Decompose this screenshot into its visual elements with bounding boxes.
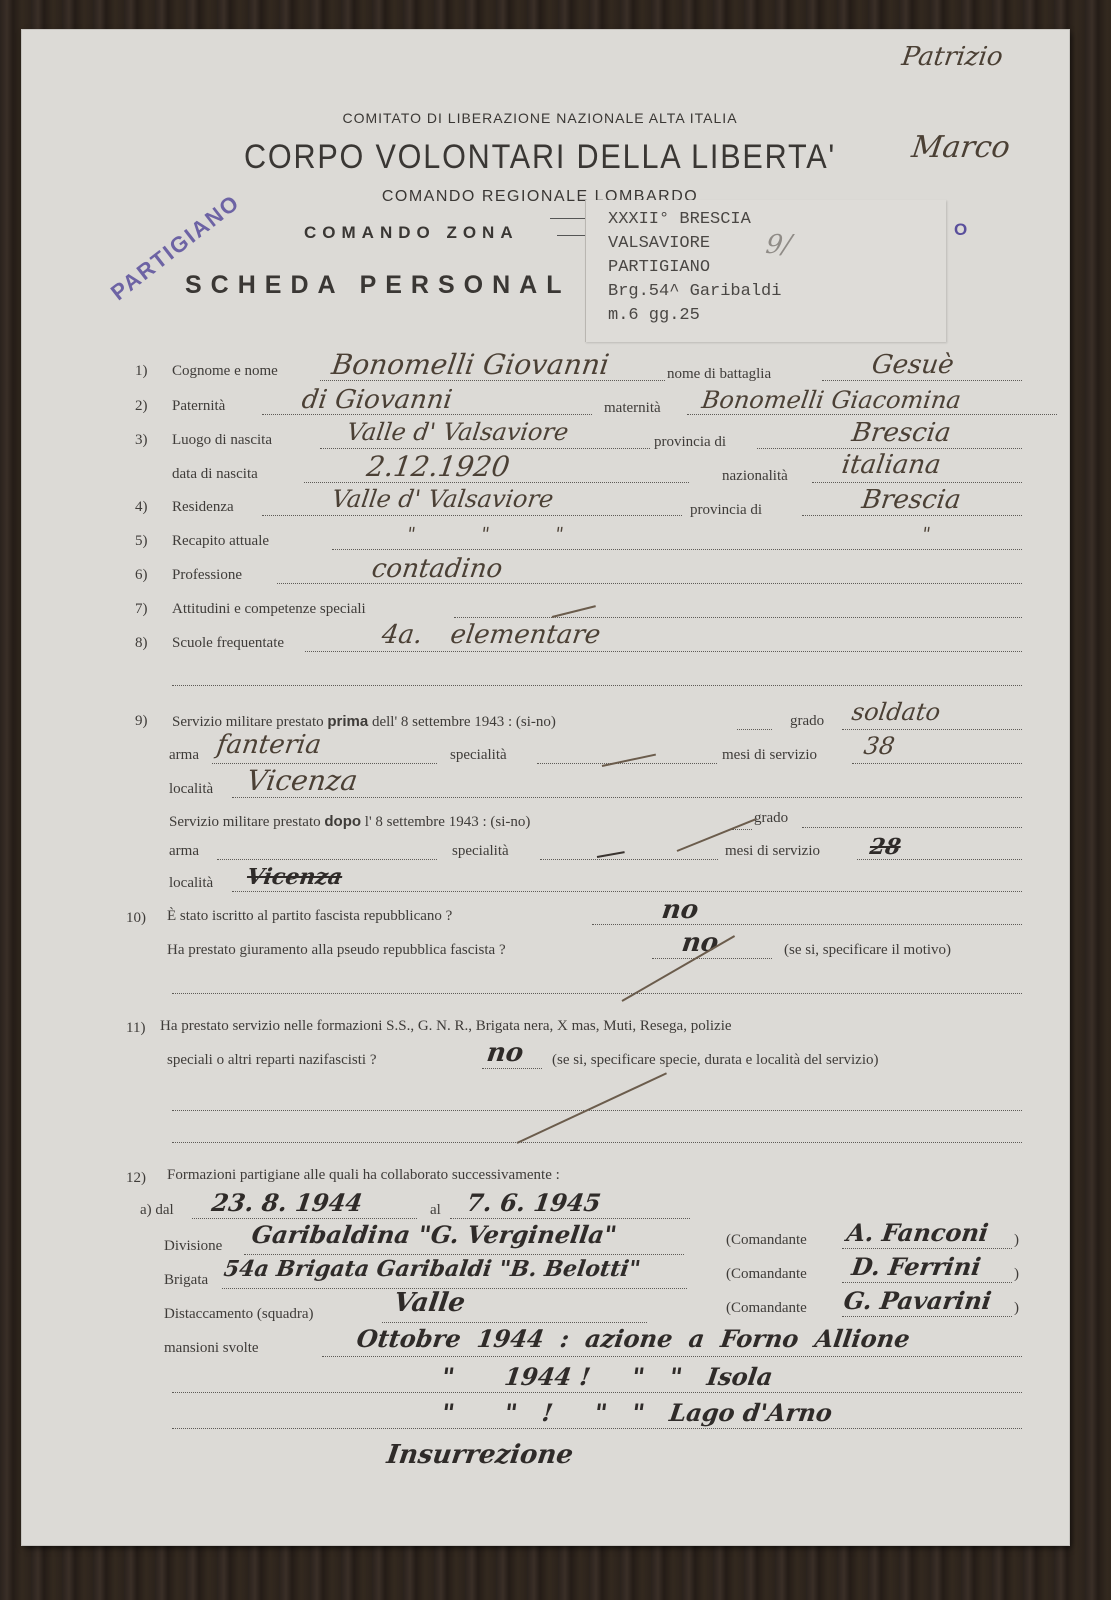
months-after-label: mesi di servizio xyxy=(725,843,820,860)
from-date-value[interactable]: 23. 8. 1944 xyxy=(210,1188,364,1217)
slip-line-2: VALSAVIORE xyxy=(608,232,710,256)
to-line xyxy=(450,1218,690,1219)
zona-stamp-fragment: O xyxy=(954,220,973,240)
text: l' 8 settembre 1943 : (si-no) xyxy=(365,814,531,830)
paren: ) xyxy=(1014,1232,1019,1249)
battle-name-line xyxy=(822,380,1022,381)
oath-question: Ha prestato giuramento alla pseudo repub… xyxy=(167,942,506,959)
arm-value[interactable]: fanteria xyxy=(215,730,323,760)
personal-record-form: COMITATO DI LIBERAZIONE NAZIONALE ALTA I… xyxy=(22,30,1069,1545)
division-line xyxy=(244,1254,684,1255)
surname-name-label: Cognome e nome xyxy=(172,363,278,380)
text-bold: prima xyxy=(327,713,368,730)
schools-value[interactable]: 4a. elementare xyxy=(380,620,602,650)
signature-top-2: Marco xyxy=(910,130,1013,165)
residence-province-value[interactable]: Brescia xyxy=(860,485,963,515)
field-number: 7) xyxy=(135,601,148,618)
detachment-commander-value[interactable]: G. Pavarini xyxy=(842,1286,993,1315)
brigade-value[interactable]: 54a Brigata Garibaldi "B. Belotti" xyxy=(222,1256,642,1282)
schools-line-2 xyxy=(172,685,1022,686)
arm-after-line xyxy=(217,859,437,860)
nazifascist-service-note: (se si, specificare specie, durata e loc… xyxy=(552,1052,879,1069)
division-label: Divisione xyxy=(164,1238,222,1255)
field-number: 2) xyxy=(135,398,148,415)
service-after-label: Servizio militare prestato dopo l' 8 set… xyxy=(169,813,530,831)
brigade-commander-value[interactable]: D. Ferrini xyxy=(850,1252,983,1281)
oath-slash xyxy=(622,935,736,1002)
skills-line xyxy=(454,617,1022,618)
skills-label: Attitudini e competenze speciali xyxy=(172,601,366,618)
division-commander-label: (Comandante xyxy=(726,1232,807,1249)
slip-line-1: XXXII° BRESCIA xyxy=(608,208,751,232)
nationality-line xyxy=(812,482,1022,483)
paternity-label: Paternità xyxy=(172,398,225,415)
current-address-line xyxy=(332,549,1022,550)
months-after-value[interactable]: 28 xyxy=(868,834,902,860)
duties-line-2 xyxy=(172,1392,1022,1393)
nazifascist-detail-line-1 xyxy=(172,1110,1022,1111)
profession-value[interactable]: contadino xyxy=(370,554,504,584)
nazifascist-service-question: Ha prestato servizio nelle formazioni S.… xyxy=(160,1018,732,1035)
field-number: 9) xyxy=(135,713,148,730)
nazifascist-slash xyxy=(517,1072,667,1144)
field-number: 10) xyxy=(126,910,146,927)
battle-name-value[interactable]: Gesuè xyxy=(870,350,956,380)
arm-after-label: arma xyxy=(169,843,199,860)
paren: ) xyxy=(1014,1266,1019,1283)
slip-line-4: Brg.54^ Garibaldi xyxy=(608,280,781,304)
paternity-value[interactable]: di Giovanni xyxy=(300,385,454,415)
field-number: 11) xyxy=(126,1020,145,1037)
zona-label: COMANDO ZONA xyxy=(304,223,519,243)
detachment-line xyxy=(382,1322,647,1323)
nazifascist-service-question-2: speciali o altri reparti nazifascisti ? xyxy=(167,1052,377,1069)
birth-province-label: provincia di xyxy=(654,434,726,451)
text: Servizio militare prestato xyxy=(169,814,321,830)
detachment-commander-label: (Comandante xyxy=(726,1300,807,1317)
paren: ) xyxy=(1014,1300,1019,1317)
current-address-value-2[interactable]: " xyxy=(921,524,932,545)
header-title: CORPO VOLONTARI DELLA LIBERTA' xyxy=(54,138,1026,177)
surname-name-value[interactable]: Bonomelli Giovanni xyxy=(330,348,612,381)
birthplace-value[interactable]: Valle d' Valsaviore xyxy=(345,418,570,446)
location-line xyxy=(232,797,1022,798)
fascist-party-line xyxy=(592,924,1022,925)
slip-line-5: m.6 gg.25 xyxy=(608,304,700,328)
schools-label: Scuole frequentate xyxy=(172,635,284,652)
location-value[interactable]: Vicenza xyxy=(245,764,360,797)
specialty-after-line xyxy=(540,859,718,860)
detachment-label: Distaccamento (squadra) xyxy=(164,1306,314,1323)
rank-label: grado xyxy=(790,713,824,730)
rank-value[interactable]: soldato xyxy=(850,698,942,726)
field-number: 4) xyxy=(135,499,148,516)
text: dell' 8 settembre 1943 : (si-no) xyxy=(372,714,556,730)
duties-line-3 xyxy=(172,1428,1022,1429)
duties-value-3[interactable]: " " ! " " Lago d'Arno xyxy=(440,1398,834,1427)
duties-value-1[interactable]: Ottobre 1944 : azione a Forno Allione xyxy=(355,1324,912,1353)
rank-line xyxy=(842,729,1022,730)
rank-after-label: grado xyxy=(754,810,788,827)
detachment-commander-line xyxy=(842,1316,1012,1317)
field-number: 3) xyxy=(135,432,148,449)
to-label: al xyxy=(430,1202,441,1219)
duties-value-4[interactable]: Insurrezione xyxy=(385,1440,575,1470)
residence-province-line xyxy=(802,515,1022,516)
months-line xyxy=(852,763,1022,764)
location-after-label: località xyxy=(169,875,213,892)
text: Servizio militare prestato xyxy=(172,714,324,730)
residence-value[interactable]: Valle d' Valsaviore xyxy=(330,485,555,513)
specialty-after-mark xyxy=(597,851,625,858)
from-line xyxy=(192,1218,417,1219)
current-address-value[interactable]: " " " xyxy=(406,524,565,545)
duties-line-1 xyxy=(322,1356,1022,1357)
maternity-value[interactable]: Bonomelli Giacomina xyxy=(700,386,963,414)
brigade-commander-label: (Comandante xyxy=(726,1266,807,1283)
partisan-formations-title: Formazioni partigiane alle quali ha coll… xyxy=(167,1167,560,1184)
division-value[interactable]: Garibaldina "G. Verginella" xyxy=(250,1220,619,1249)
rank-after-line xyxy=(802,827,1022,828)
location-label: località xyxy=(169,781,213,798)
birthplace-line xyxy=(320,448,650,449)
nationality-value[interactable]: italiana xyxy=(840,450,943,480)
duties-label: mansioni svolte xyxy=(164,1340,259,1357)
birthdate-value[interactable]: 2.12.1920 xyxy=(365,450,512,483)
to-date-value[interactable]: 7. 6. 1945 xyxy=(465,1188,603,1217)
brigade-label: Brigata xyxy=(164,1272,208,1289)
specialty-after-label: specialità xyxy=(452,843,509,860)
division-commander-line xyxy=(842,1248,1012,1249)
birth-province-line xyxy=(757,448,1022,449)
residence-label: Residenza xyxy=(172,499,234,516)
months-label: mesi di servizio xyxy=(722,747,817,764)
duties-value-2[interactable]: " 1944 ! " " Isola xyxy=(440,1362,775,1391)
field-number: 1) xyxy=(135,363,148,380)
arm-label: arma xyxy=(169,747,199,764)
battle-name-label: nome di battaglia xyxy=(667,366,771,383)
nazifascist-service-line xyxy=(482,1068,542,1069)
current-address-label: Recapito attuale xyxy=(172,533,269,550)
typed-label-slip: XXXII° BRESCIA VALSAVIORE PARTIGIANO Brg… xyxy=(585,200,946,342)
from-label: a) dal xyxy=(140,1202,174,1219)
location-after-value[interactable]: Vicenza xyxy=(245,864,344,890)
location-after-line xyxy=(232,891,1022,892)
nazifascist-detail-line-2 xyxy=(172,1142,1022,1143)
birthdate-label: data di nascita xyxy=(172,466,258,483)
birthplace-label: Luogo di nascita xyxy=(172,432,272,449)
specialty-line xyxy=(537,763,717,764)
nazifascist-service-answer[interactable]: no xyxy=(485,1038,525,1068)
field-number: 6) xyxy=(135,567,148,584)
header-committee: COMITATO DI LIBERAZIONE NAZIONALE ALTA I… xyxy=(0,110,1080,126)
field-number: 5) xyxy=(135,533,148,550)
nationality-label: nazionalità xyxy=(722,468,788,485)
division-commander-value[interactable]: A. Fanconi xyxy=(845,1218,990,1247)
service-after-line xyxy=(732,829,752,830)
brigade-commander-line xyxy=(842,1282,1012,1283)
fascist-party-answer[interactable]: no xyxy=(660,895,700,925)
oath-note: (se si, specificare il motivo) xyxy=(784,942,951,959)
pencil-mark: 9/ xyxy=(764,230,794,260)
specialty-dash-mark xyxy=(602,754,656,767)
slip-line-3: PARTIGIANO xyxy=(608,256,710,280)
fascist-party-question: È stato iscritto al partito fascista rep… xyxy=(167,908,452,925)
profession-label: Professione xyxy=(172,567,242,584)
service-before-label: Servizio militare prestato prima dell' 8… xyxy=(172,713,556,731)
signature-top-1: Patrizio xyxy=(900,42,1005,72)
zona-line xyxy=(557,235,587,236)
residence-line xyxy=(262,515,682,516)
maternity-line xyxy=(687,414,1057,415)
field-number: 8) xyxy=(135,635,148,652)
specialty-label: specialità xyxy=(450,747,507,764)
birth-province-value[interactable]: Brescia xyxy=(850,418,953,448)
months-value[interactable]: 38 xyxy=(862,732,896,760)
detachment-value[interactable]: Valle xyxy=(392,1288,467,1318)
schools-line xyxy=(305,651,1022,652)
form-title: SCHEDA PERSONAL xyxy=(185,271,571,300)
oath-line xyxy=(652,958,772,959)
field-number: 12) xyxy=(126,1170,146,1187)
service-before-line xyxy=(737,729,772,730)
residence-province-label: provincia di xyxy=(690,502,762,519)
text-bold: dopo xyxy=(324,813,361,830)
oath-reason-line xyxy=(172,993,1022,994)
maternity-label: maternità xyxy=(604,400,661,417)
